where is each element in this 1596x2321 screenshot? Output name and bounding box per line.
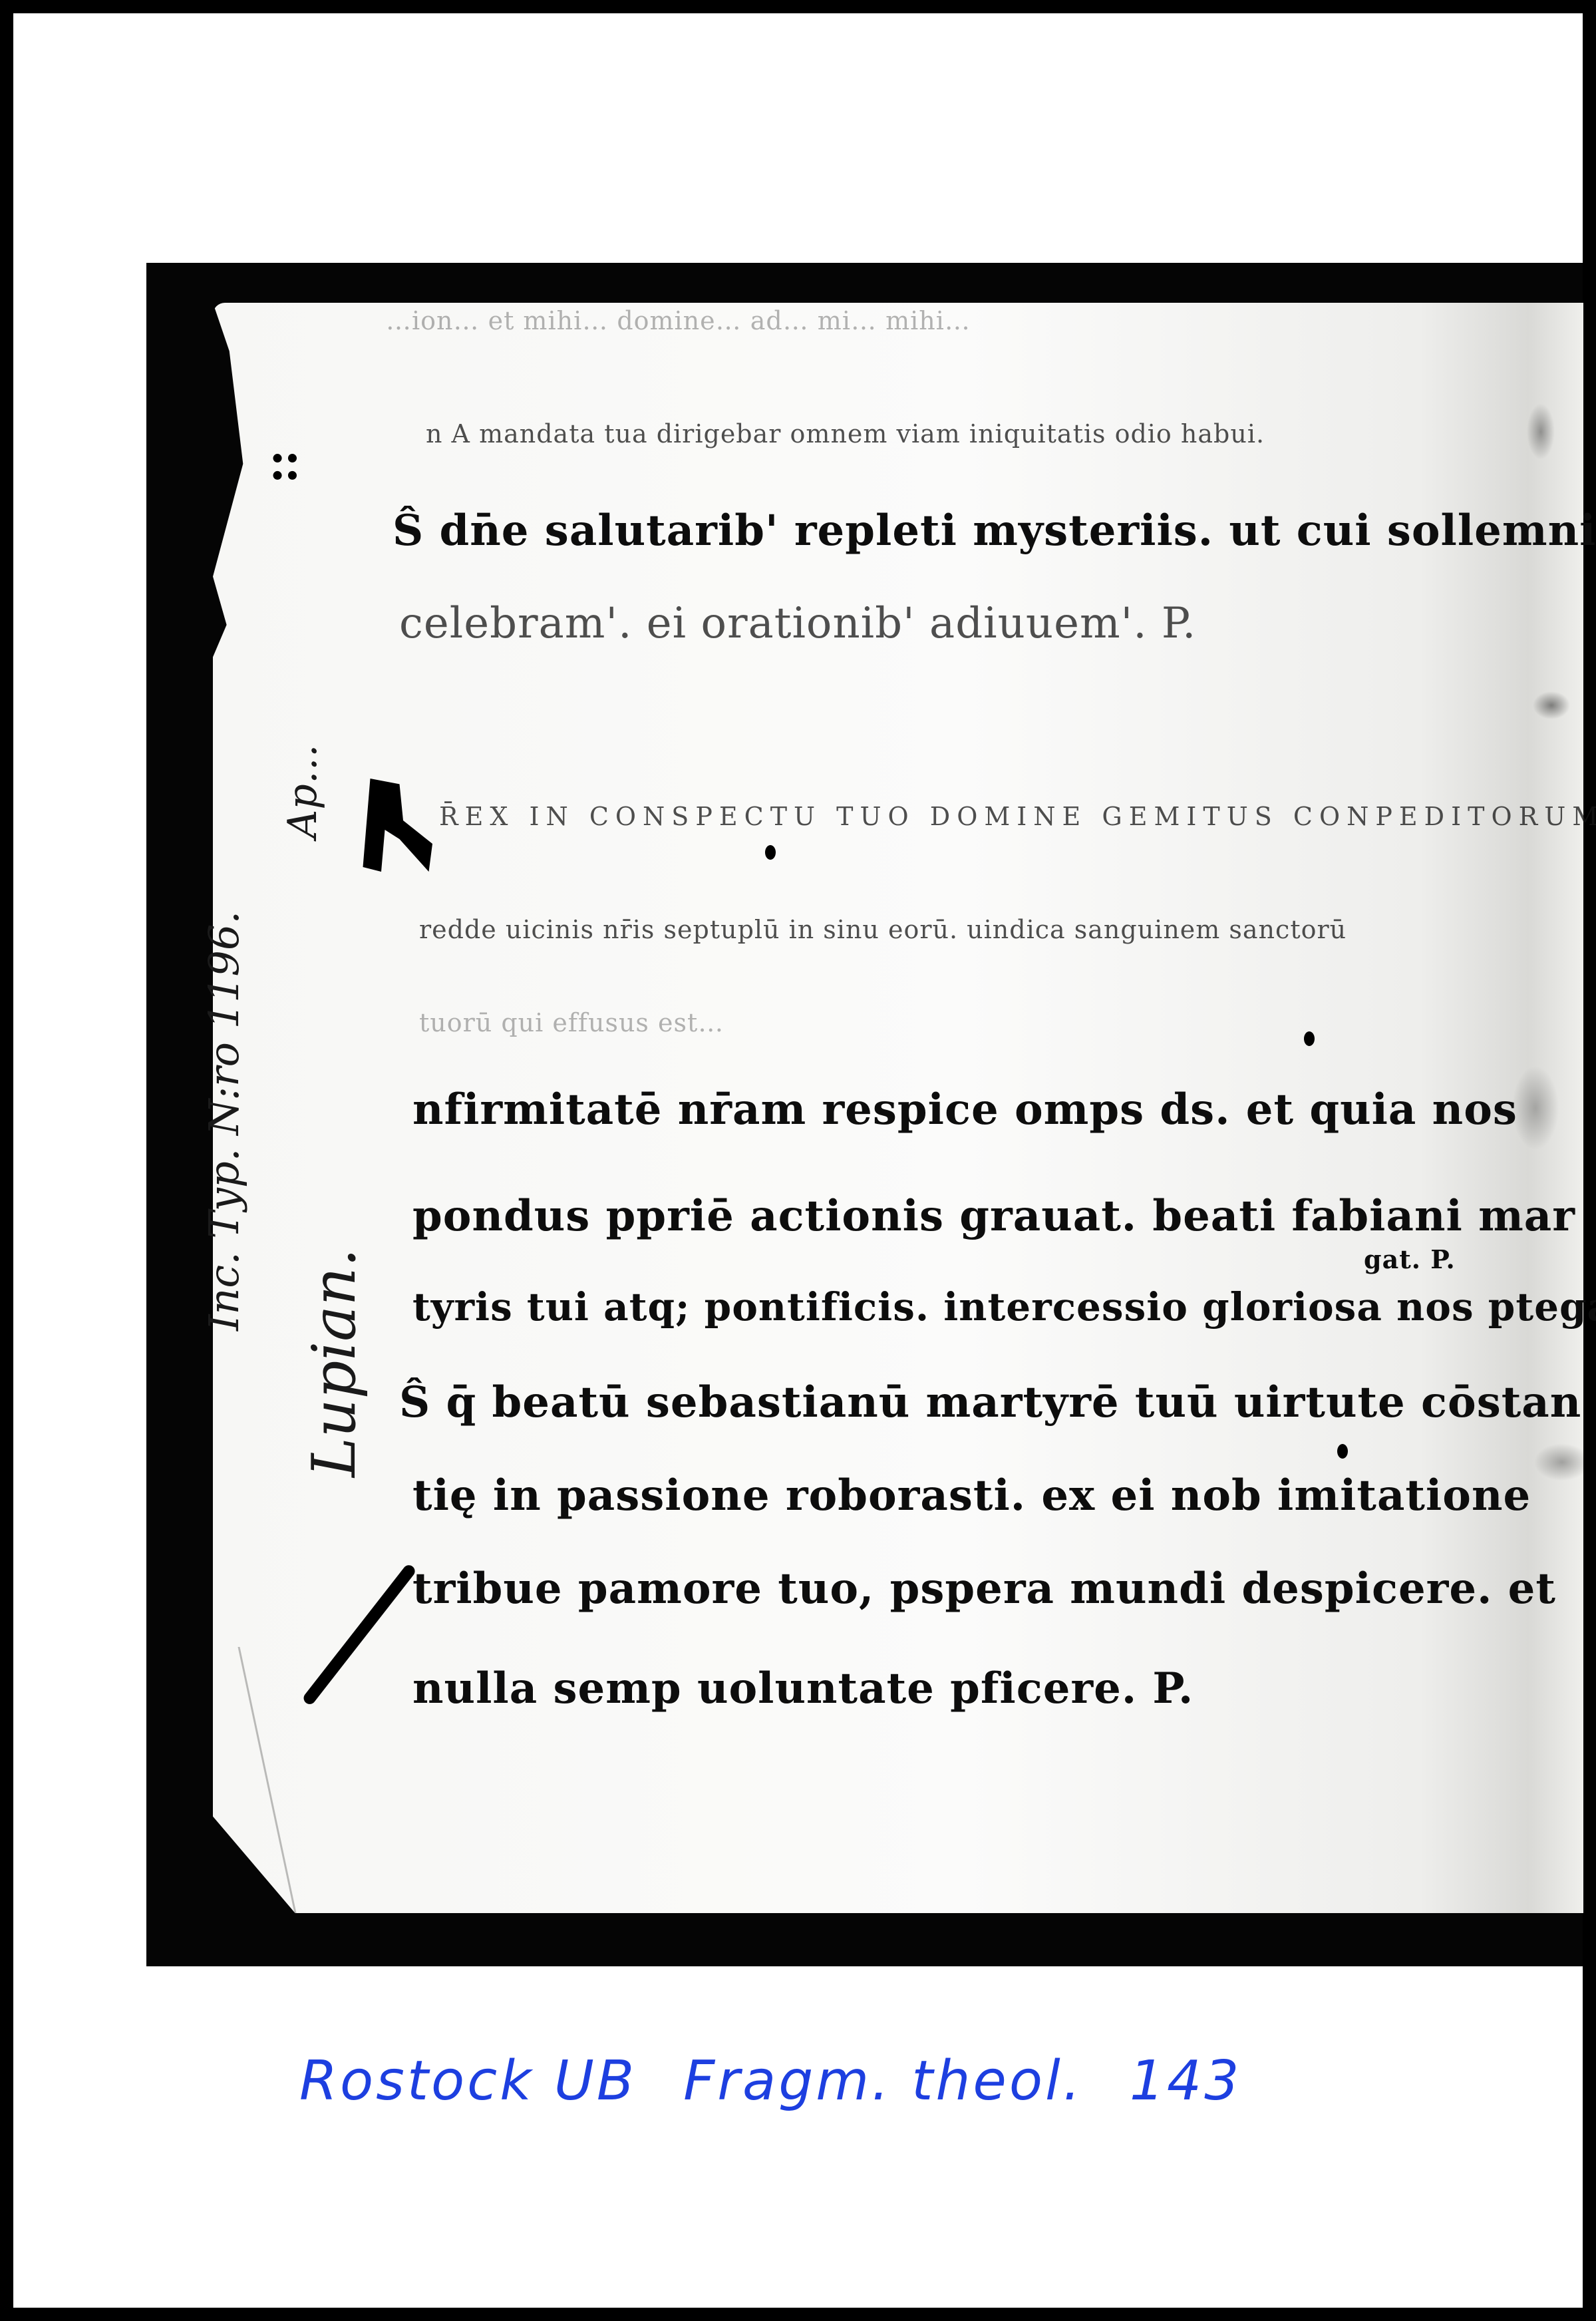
text-line: celebram'. ei orationib' adiuuem'. P. — [399, 599, 1196, 648]
catalogue-number-note: Inc. Typ. N:ro 1196. — [200, 911, 248, 1331]
text-line: Ŝ q̄ beatū sebastianū martyrē tuū uirtut… — [399, 1377, 1581, 1427]
shelfmark-number: 143 — [1130, 2050, 1242, 2113]
ink-dot — [1337, 1444, 1348, 1459]
faint-text-line: …ion… et mihi… domine… ad… mi… mihi… — [386, 306, 971, 335]
text-line: Ŝ dn̄e salutarib' repleti mysteriis. ut … — [393, 506, 1596, 556]
page: …ion… et mihi… domine… ad… mi… mihi… n A… — [13, 13, 1583, 2308]
ink-dot — [765, 845, 776, 860]
marginal-correction: gat. P. — [1364, 1244, 1456, 1274]
ink-dot — [1304, 1031, 1315, 1046]
shelfmark: Rostock UBFragm. theol.143 — [299, 2050, 1288, 2113]
fold-crease — [238, 1647, 376, 1913]
capitals-line: R̄EX IN CONSPECTU TUO DOMINE GEMITUS CON… — [439, 802, 1596, 831]
text-line: redde uicinis nr̄is septuplū in sinu eor… — [419, 915, 1347, 944]
name-note: Lupian. — [299, 1248, 369, 1477]
faint-text-line: n A mandata tua dirigebar omnem viam ini… — [426, 419, 1265, 448]
text-line: tię in passione roborasti. ex ei nob imi… — [412, 1471, 1531, 1520]
text-line: pondus ppriē actionis grauat. beati fabi… — [412, 1191, 1575, 1241]
ink-mark: :: — [262, 450, 317, 484]
text-line: tribue pamore tuo, pspera mundi despicer… — [412, 1564, 1556, 1614]
text-line: tyris tui atq; pontificis. intercessio g… — [412, 1284, 1596, 1330]
text-line: nulla semp uoluntate pficere. P. — [412, 1664, 1194, 1713]
text-line: nfirmitatē nr̄am respice omps ds. et qui… — [412, 1085, 1517, 1135]
faint-text-line: tuorū qui effusus est… — [419, 1008, 724, 1037]
pencil-note: Ap… — [279, 744, 326, 838]
shelfmark-library: Rostock UB — [299, 2050, 637, 2113]
shelfmark-collection: Fragm. theol. — [683, 2050, 1083, 2113]
